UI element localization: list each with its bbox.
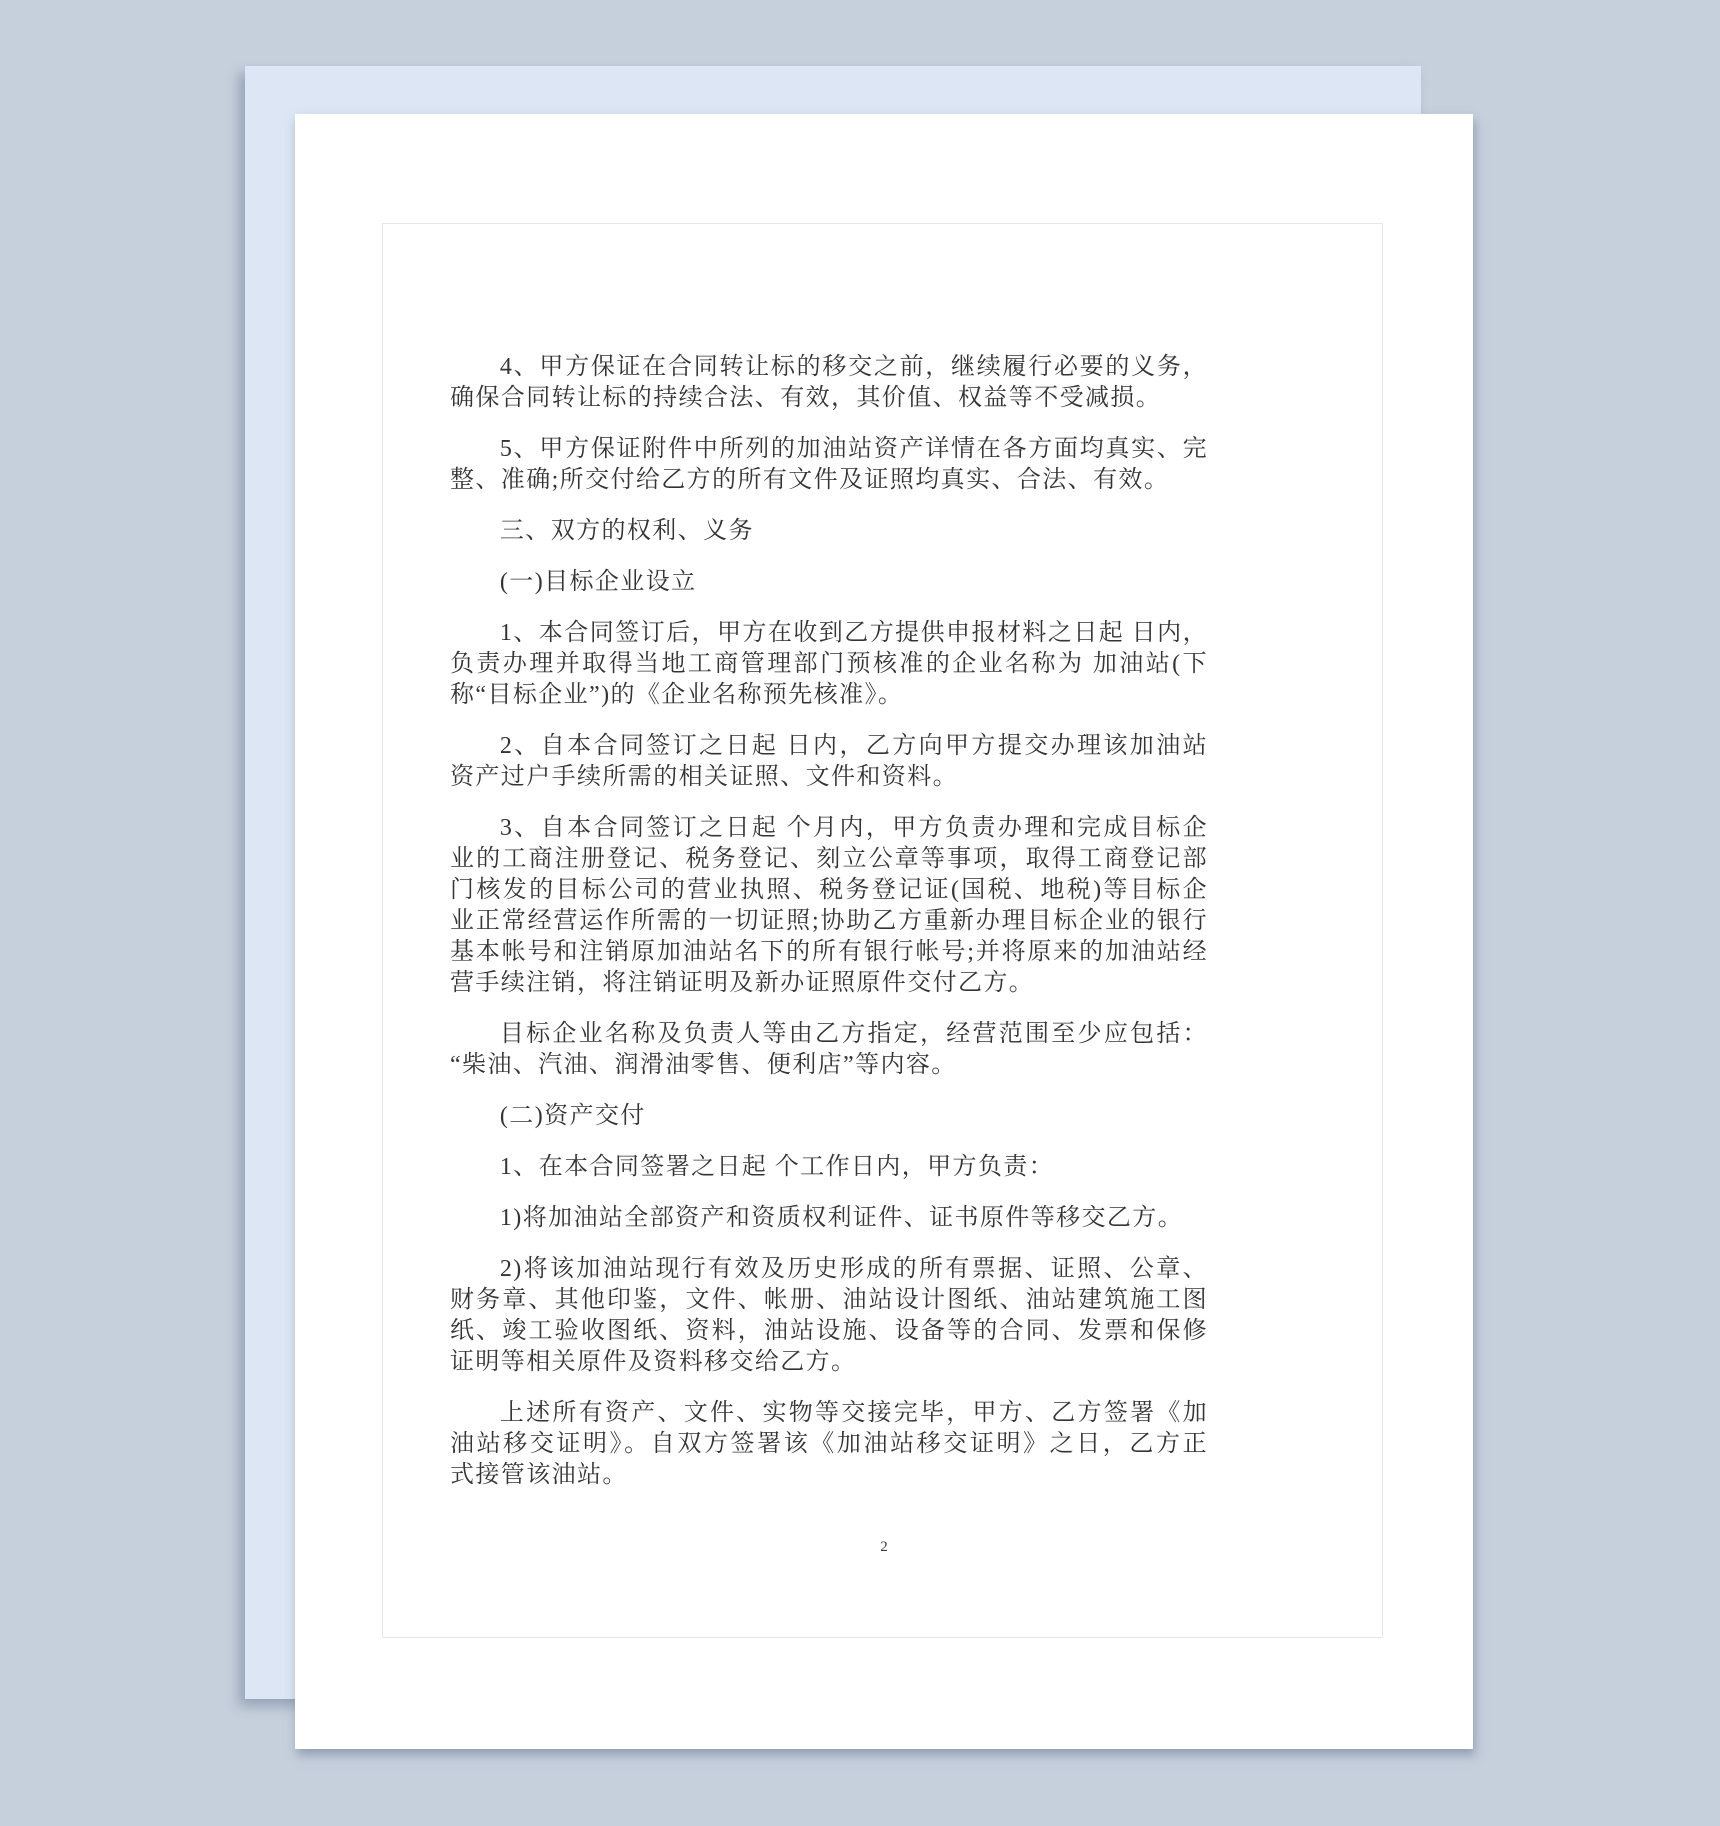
text-line: 2、自本合同签订之日起 日内，乙方向甲方提交办理该加油站	[450, 731, 1208, 762]
document-page: 4、甲方保证在合同转让标的移交之前，继续履行必要的义务，确保合同转让标的持续合法…	[295, 114, 1473, 1749]
text-line: 业正常经营运作所需的一切证照;协助乙方重新办理目标企业的银行	[450, 906, 1208, 937]
paragraph: 5、甲方保证附件中所列的加油站资产详情在各方面均真实、完整、准确;所交付给乙方的…	[450, 434, 1208, 496]
text-line: 确保合同转让标的持续合法、有效，其价值、权益等不受减损。	[450, 383, 1208, 414]
text-line: 油站移交证明》。自双方签署该《加油站移交证明》之日，乙方正	[450, 1429, 1208, 1460]
section-heading: (一)目标企业设立	[450, 567, 1208, 598]
paragraph: 4、甲方保证在合同转让标的移交之前，继续履行必要的义务，确保合同转让标的持续合法…	[450, 352, 1208, 414]
paragraph: 上述所有资产、文件、实物等交接完毕，甲方、乙方签署《加油站移交证明》。自双方签署…	[450, 1398, 1208, 1491]
paragraph: 1、本合同签订后，甲方在收到乙方提供申报材料之日起 日内，负责办理并取得当地工商…	[450, 618, 1208, 711]
text-line: 纸、竣工验收图纸、资料，油站设施、设备等的合同、发票和保修	[450, 1316, 1208, 1347]
document-body: 4、甲方保证在合同转让标的移交之前，继续履行必要的义务，确保合同转让标的持续合法…	[450, 352, 1208, 1491]
text-line: 1)将加油站全部资产和资质权利证件、证书原件等移交乙方。	[450, 1203, 1208, 1234]
page-number: 2	[295, 1538, 1473, 1556]
paragraph: 目标企业名称及负责人等由乙方指定，经营范围至少应包括：“柴油、汽油、润滑油零售、…	[450, 1019, 1208, 1081]
text-line: 上述所有资产、文件、实物等交接完毕，甲方、乙方签署《加	[450, 1398, 1208, 1429]
text-line: 4、甲方保证在合同转让标的移交之前，继续履行必要的义务，	[450, 352, 1208, 383]
paragraph: 1)将加油站全部资产和资质权利证件、证书原件等移交乙方。	[450, 1203, 1208, 1234]
text-line: 式接管该油站。	[450, 1460, 1208, 1491]
text-line: “柴油、汽油、润滑油零售、便利店”等内容。	[450, 1050, 1208, 1081]
text-line: 1、在本合同签署之日起 个工作日内，甲方负责：	[450, 1152, 1208, 1183]
text-line: 财务章、其他印鉴，文件、帐册、油站设计图纸、油站建筑施工图	[450, 1285, 1208, 1316]
text-line: 整、准确;所交付给乙方的所有文件及证照均真实、合法、有效。	[450, 465, 1208, 496]
text-line: 负责办理并取得当地工商管理部门预核准的企业名称为 加油站(下	[450, 649, 1208, 680]
text-line: 业的工商注册登记、税务登记、刻立公章等事项，取得工商登记部	[450, 844, 1208, 875]
paragraph: 1、在本合同签署之日起 个工作日内，甲方负责：	[450, 1152, 1208, 1183]
section-heading: (二)资产交付	[450, 1101, 1208, 1132]
text-line: 三、双方的权利、义务	[450, 516, 1208, 547]
paragraph: 3、自本合同签订之日起 个月内，甲方负责办理和完成目标企业的工商注册登记、税务登…	[450, 813, 1208, 999]
text-line: (一)目标企业设立	[450, 567, 1208, 598]
desktop-background: 4、甲方保证在合同转让标的移交之前，继续履行必要的义务，确保合同转让标的持续合法…	[0, 0, 1720, 1826]
section-heading: 三、双方的权利、义务	[450, 516, 1208, 547]
paragraph: 2)将该加油站现行有效及历史形成的所有票据、证照、公章、财务章、其他印鉴，文件、…	[450, 1254, 1208, 1378]
text-line: 3、自本合同签订之日起 个月内，甲方负责办理和完成目标企	[450, 813, 1208, 844]
text-line: 证明等相关原件及资料移交给乙方。	[450, 1347, 1208, 1378]
text-line: 门核发的目标公司的营业执照、税务登记证(国税、地税)等目标企	[450, 875, 1208, 906]
text-line: 资产过户手续所需的相关证照、文件和资料。	[450, 762, 1208, 793]
text-line: 5、甲方保证附件中所列的加油站资产详情在各方面均真实、完	[450, 434, 1208, 465]
text-line: 基本帐号和注销原加油站名下的所有银行帐号;并将原来的加油站经	[450, 937, 1208, 968]
text-line: 1、本合同签订后，甲方在收到乙方提供申报材料之日起 日内，	[450, 618, 1208, 649]
text-line: 营手续注销，将注销证明及新办证照原件交付乙方。	[450, 968, 1208, 999]
text-line: 称“目标企业”)的《企业名称预先核准》。	[450, 680, 1208, 711]
text-line: (二)资产交付	[450, 1101, 1208, 1132]
text-line: 目标企业名称及负责人等由乙方指定，经营范围至少应包括：	[450, 1019, 1208, 1050]
text-line: 2)将该加油站现行有效及历史形成的所有票据、证照、公章、	[450, 1254, 1208, 1285]
paragraph: 2、自本合同签订之日起 日内，乙方向甲方提交办理该加油站资产过户手续所需的相关证…	[450, 731, 1208, 793]
